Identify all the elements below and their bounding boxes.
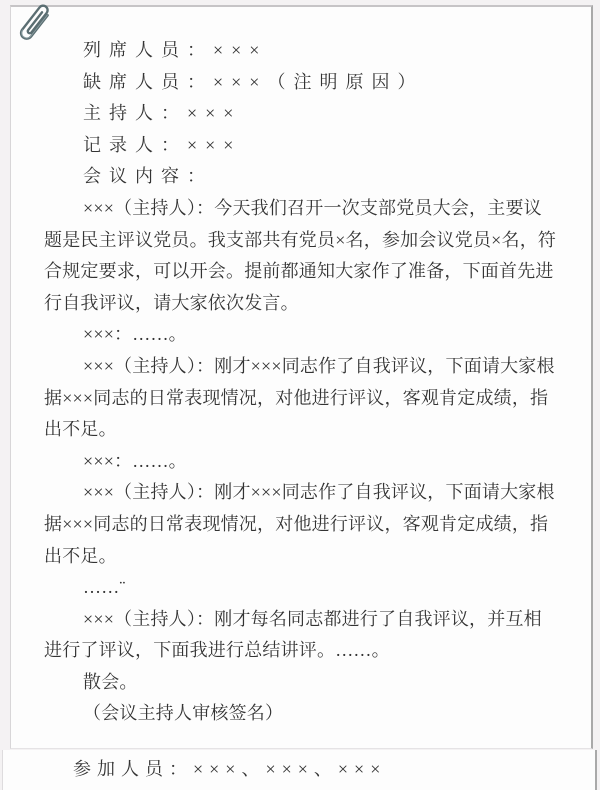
paragraph-line: 出不足。 bbox=[44, 414, 583, 446]
paragraph-line: 据×××同志的日常表现情况，对他进行评议，客观肯定成绩，指 bbox=[44, 509, 583, 541]
paragraph-line: ×××（主持人）：刚才×××同志作了自我评议，下面请大家根 bbox=[44, 351, 583, 383]
document-body: 列席人员：××× 缺席人员：×××（注明原因） 主持人：××× 记录人：××× … bbox=[11, 7, 591, 730]
document-page-2: 参加人员：×××、×××、××× bbox=[2, 750, 597, 790]
line-observers: 列席人员：××× bbox=[44, 35, 583, 67]
speaker-line: ×××：……。 bbox=[44, 319, 583, 351]
paragraph-line: 出不足。 bbox=[44, 541, 583, 573]
document-page-1: 列席人员：××× 缺席人员：×××（注明原因） 主持人：××× 记录人：××× … bbox=[10, 5, 593, 749]
line-recorder: 记录人：××× bbox=[44, 130, 583, 162]
signature-line: （会议主持人审核签名） bbox=[44, 698, 583, 730]
paragraph-line: ×××（主持人）：今天我们召开一次支部党员大会，主要议 bbox=[44, 193, 583, 225]
paragraph-line: 据×××同志的日常表现情况，对他进行评议，客观肯定成绩，指 bbox=[44, 383, 583, 415]
screenshot-root: { "colors": { "canvas_background": "#f4f… bbox=[0, 0, 600, 790]
paragraph-line: ×××（主持人）：刚才×××同志作了自我评议，下面请大家根 bbox=[44, 477, 583, 509]
ellipsis-line: ……¨ bbox=[44, 572, 583, 604]
paragraph-line: 行自我评议，请大家依次发言。 bbox=[44, 288, 583, 320]
line-absentees: 缺席人员：×××（注明原因） bbox=[44, 67, 583, 99]
line-agenda-heading: 会议内容： bbox=[44, 161, 583, 193]
speaker-line: ×××：……。 bbox=[44, 446, 583, 478]
paragraph-line: 进行了评议，下面我进行总结讲评。……。 bbox=[44, 635, 583, 667]
participants-line: 参加人员：×××、×××、××× bbox=[3, 750, 595, 781]
paragraph-line: ×××（主持人）：刚才每名同志都进行了自我评议，并互相 bbox=[44, 604, 583, 636]
paragraph-line: 题是民主评议党员。我支部共有党员×名，参加会议党员×名，符 bbox=[44, 225, 583, 257]
adjourn-line: 散会。 bbox=[44, 667, 583, 699]
line-moderator: 主持人：××× bbox=[44, 98, 583, 130]
paragraph-line: 合规定要求，可以开会。提前都通知大家作了准备，下面首先进 bbox=[44, 256, 583, 288]
